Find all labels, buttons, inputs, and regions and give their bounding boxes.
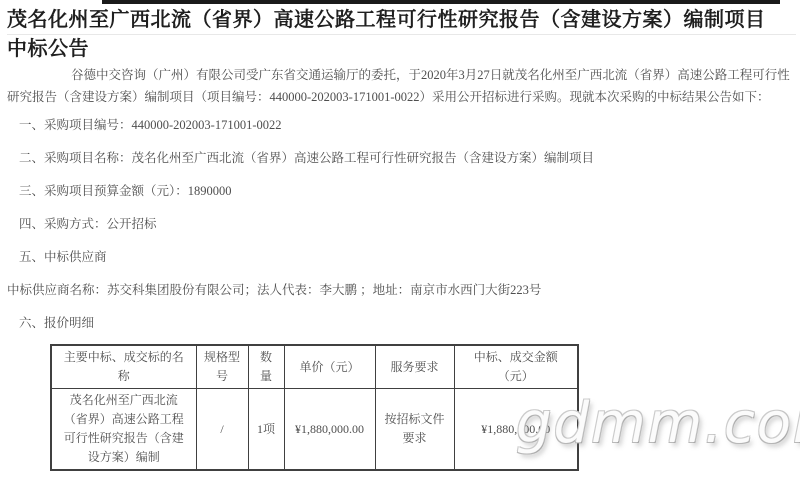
intro-paragraph: 谷德中交咨询（广州）有限公司受广东省交通运输厅的委托，于2020年3月27日就茂… xyxy=(7,64,790,108)
page-title-line2: 中标公告 xyxy=(7,37,800,61)
table-row: 茂名化州至广西北流（省界）高速公路工程可行性研究报告（含建设方案）编制 / 1项… xyxy=(51,389,578,471)
item-project-number: 一、采购项目编号：440000-202003-171001-0022 xyxy=(19,117,800,133)
supplier-info-line: 中标供应商名称：苏交科集团股份有限公司；法人代表：李大鹏 ；地址：南京市水西门大… xyxy=(7,282,800,298)
item-procurement-method: 四、采购方式：公开招标 xyxy=(19,216,800,232)
header-unit-price: 单价（元） xyxy=(284,345,375,389)
header-subject-name: 主要中标、成交标的名称 xyxy=(51,345,196,389)
cell-unit-price: ¥1,880,000.00 xyxy=(284,389,375,471)
table-header-row: 主要中标、成交标的名称 规格型号 数量 单价（元） 服务要求 中标、成交金额（元… xyxy=(51,345,578,389)
item-budget-amount: 三、采购项目预算金额（元）：1890000 xyxy=(19,183,800,199)
quote-detail-table: 主要中标、成交标的名称 规格型号 数量 单价（元） 服务要求 中标、成交金额（元… xyxy=(50,344,579,471)
header-award-amount: 中标、成交金额（元） xyxy=(454,345,578,389)
header-quantity: 数量 xyxy=(248,345,284,389)
item-quote-detail-heading: 六、报价明细 xyxy=(19,315,800,331)
header-spec-model: 规格型号 xyxy=(196,345,248,389)
site-watermark: gdmm.com xyxy=(516,394,800,454)
header-service-requirement: 服务要求 xyxy=(375,345,454,389)
item-project-name: 二、采购项目名称：茂名化州至广西北流（省界）高速公路工程可行性研究报告（含建设方… xyxy=(19,150,800,166)
announcement-page: 茂名化州至广西北流（省界）高速公路工程可行性研究报告（含建设方案）编制项目 中标… xyxy=(0,0,800,483)
cell-spec-model: / xyxy=(196,389,248,471)
cell-subject-name: 茂名化州至广西北流（省界）高速公路工程可行性研究报告（含建设方案）编制 xyxy=(51,389,196,471)
page-title-line1: 茂名化州至广西北流（省界）高速公路工程可行性研究报告（含建设方案）编制项目 xyxy=(7,8,796,35)
cell-quantity: 1项 xyxy=(248,389,284,471)
cell-service-requirement: 按招标文件要求 xyxy=(375,389,454,471)
item-winning-supplier-heading: 五、中标供应商 xyxy=(19,249,800,265)
top-divider-bar xyxy=(102,0,780,4)
